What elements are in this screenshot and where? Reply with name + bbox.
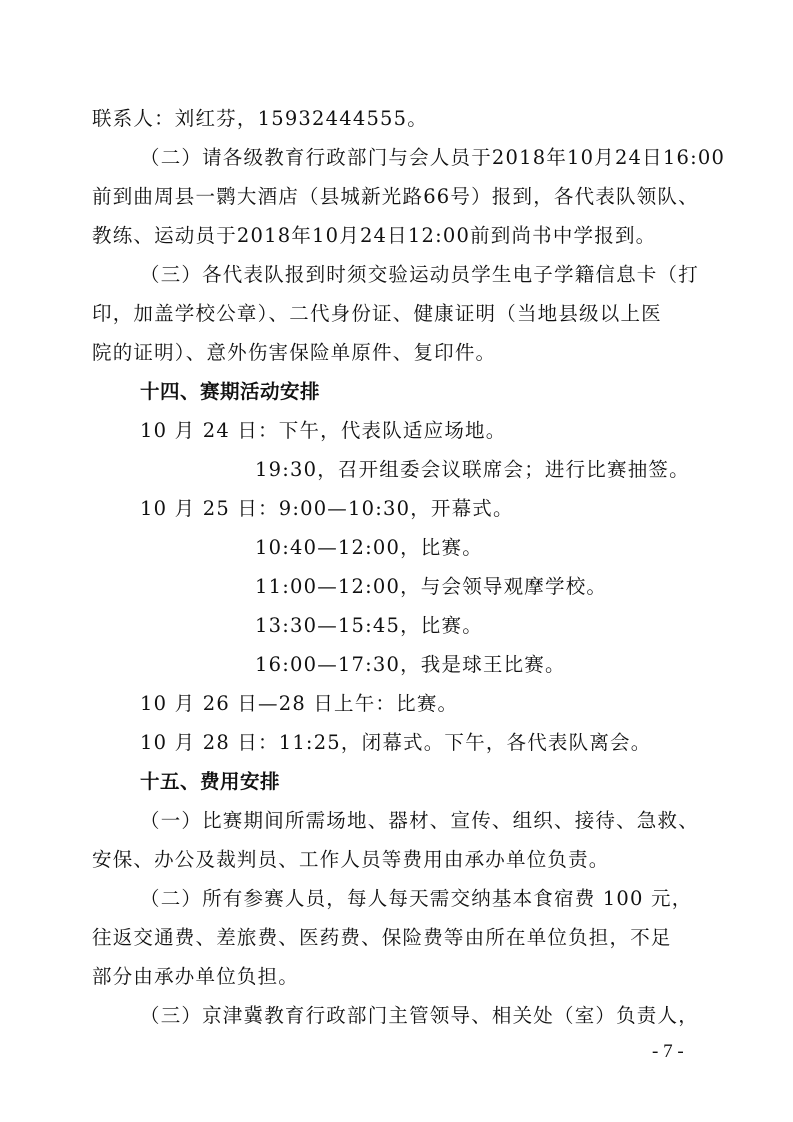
schedule-oct25-visit: 11:00—12:00，与会领导观摩学校。 [255,575,793,599]
paragraph-2-line-3: 教练、运动员于2018年10月24日12:00前到尚书中学报到。 [92,224,712,248]
fee-paragraph-1-line-1: （一）比赛期间所需场地、器材、宣传、组织、接待、急救、 [140,809,760,833]
paragraph-3-line-3: 院的证明）、意外伤害保险单原件、复印件。 [92,341,712,365]
paragraph-2-line-1: （二）请各级教育行政部门与会人员于2018年10月24日16:00 [140,146,760,170]
fee-paragraph-2-line-3: 部分由承办单位负担。 [92,965,712,989]
section-15-heading: 十五、费用安排 [140,770,760,794]
schedule-oct28: 10 月 28 日：11:25，闭幕式。下午，各代表队离会。 [140,731,760,755]
fee-paragraph-1-line-2: 安保、办公及裁判员、工作人员等费用由承办单位负责。 [92,848,712,872]
paragraph-2-line-2: 前到曲周县一鹮大酒店（县城新光路66号）报到，各代表队领队、 [92,185,712,209]
paragraph-3-line-1: （三）各代表队报到时须交验运动员学生电子学籍信息卡（打 [140,263,760,287]
schedule-oct25-match-1: 10:40—12:00，比赛。 [255,536,793,560]
fee-paragraph-2-line-1: （二）所有参赛人员，每人每天需交纳基本食宿费 100 元， [140,887,760,911]
section-14-heading: 十四、赛期活动安排 [140,380,760,404]
schedule-oct26-28: 10 月 26 日—28 日上午：比赛。 [140,692,760,716]
page-number: - 7 - [652,1041,684,1063]
schedule-oct25-ball-king: 16:00—17:30，我是球王比赛。 [255,653,793,677]
paragraph-3-line-2: 印，加盖学校公章）、二代身份证、健康证明（当地县级以上医 [92,302,712,326]
document-page: 联系人：刘红芬，15932444555。 （二）请各级教育行政部门与会人员于20… [0,0,793,1122]
schedule-oct24-evening: 19:30，召开组委会议联席会；进行比赛抽签。 [255,458,793,482]
schedule-oct25: 10 月 25 日：9:00—10:30，开幕式。 [140,497,760,521]
fee-paragraph-2-line-2: 往返交通费、差旅费、医药费、保险费等由所在单位负担，不足 [92,926,712,950]
contact-line: 联系人：刘红芬，15932444555。 [92,107,712,131]
schedule-oct25-match-2: 13:30—15:45，比赛。 [255,614,793,638]
schedule-oct24: 10 月 24 日：下午，代表队适应场地。 [140,419,760,443]
fee-paragraph-3-line-1: （三）京津冀教育行政部门主管领导、相关处（室）负责人， [140,1004,760,1028]
